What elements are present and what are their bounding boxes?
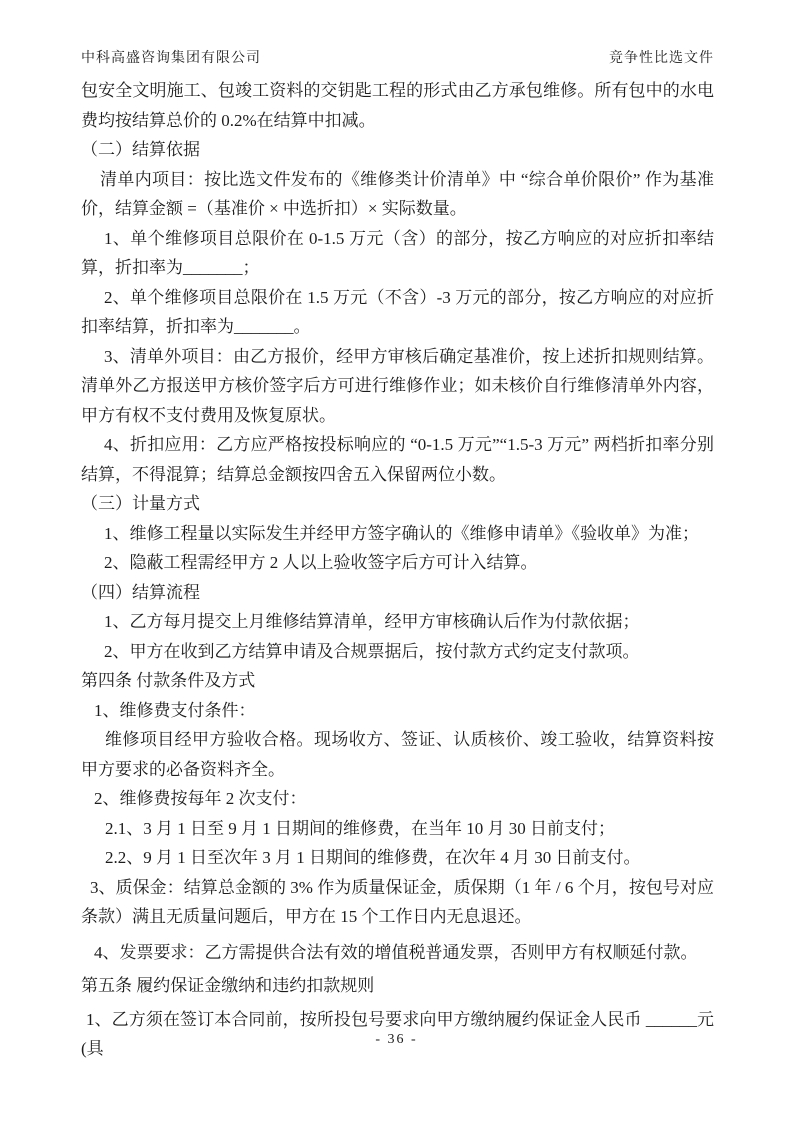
paragraph: （三）计量方式 <box>81 489 714 519</box>
paragraph: 2、甲方在收到乙方结算申请及合规票据后，按付款方式约定支付款项。 <box>81 637 714 667</box>
paragraph: 1、维修费支付条件： <box>81 696 714 726</box>
page-header: 中科高盛咨询集团有限公司 竞争性比选文件 <box>81 47 714 67</box>
paragraph: （四）结算流程 <box>81 578 714 608</box>
paragraph: 3、清单外项目：由乙方报价，经甲方审核后确定基准价，按上述折扣规则结算。清单外乙… <box>81 342 714 431</box>
page-footer: - 36 - <box>0 1032 793 1048</box>
paragraph: （二）结算依据 <box>81 135 714 165</box>
paragraph: 维修项目经甲方验收合格。现场收方、签证、认质核价、竣工验收，结算资料按甲方要求的… <box>81 725 714 784</box>
paragraph: 1、乙方每月提交上月维修结算清单，经甲方审核确认后作为付款依据； <box>81 607 714 637</box>
paragraph: 第五条 履约保证金缴纳和违约扣款规则 <box>81 971 714 1001</box>
document-page: 中科高盛咨询集团有限公司 竞争性比选文件 包安全文明施工、包竣工资料的交钥匙工程… <box>0 0 793 1122</box>
paragraph: 2、单个维修项目总限价在 1.5 万元（不含）-3 万元的部分，按乙方响应的对应… <box>81 283 714 342</box>
header-document-type: 竞争性比选文件 <box>609 47 714 67</box>
page-number: - 36 - <box>375 1032 417 1047</box>
paragraph: 2、隐蔽工程需经甲方 2 人以上验收签字后方可计入结算。 <box>81 548 714 578</box>
paragraph: 4、发票要求：乙方需提供合法有效的增值税普通发票，否则甲方有权顺延付款。 <box>81 938 714 968</box>
paragraph: 1、单个维修项目总限价在 0-1.5 万元（含）的部分，按乙方响应的对应折扣率结… <box>81 224 714 283</box>
paragraph: 第四条 付款条件及方式 <box>81 666 714 696</box>
paragraph: 2、维修费按每年 2 次支付： <box>81 784 714 814</box>
paragraph: 2.1、3 月 1 日至 9 月 1 日期间的维修费，在当年 10 月 30 日… <box>81 814 714 844</box>
paragraph: 3、质保金：结算总金额的 3% 作为质量保证金，质保期（1 年 / 6 个月，按… <box>81 873 714 932</box>
paragraph: 包安全文明施工、包竣工资料的交钥匙工程的形式由乙方承包维修。所有包中的水电费均按… <box>81 76 714 135</box>
paragraph: 清单内项目：按比选文件发布的《维修类计价清单》中 “综合单价限价” 作为基准价，… <box>81 165 714 224</box>
header-company-name: 中科高盛咨询集团有限公司 <box>81 47 261 67</box>
paragraph: 4、折扣应用：乙方应严格按投标响应的 “0-1.5 万元”“1.5-3 万元” … <box>81 430 714 489</box>
paragraph: 1、维修工程量以实际发生并经甲方签字确认的《维修申请单》《验收单》为准； <box>81 519 714 549</box>
paragraph: 2.2、9 月 1 日至次年 3 月 1 日期间的维修费，在次年 4 月 30 … <box>81 843 714 873</box>
document-body: 包安全文明施工、包竣工资料的交钥匙工程的形式由乙方承包维修。所有包中的水电费均按… <box>81 76 714 1064</box>
